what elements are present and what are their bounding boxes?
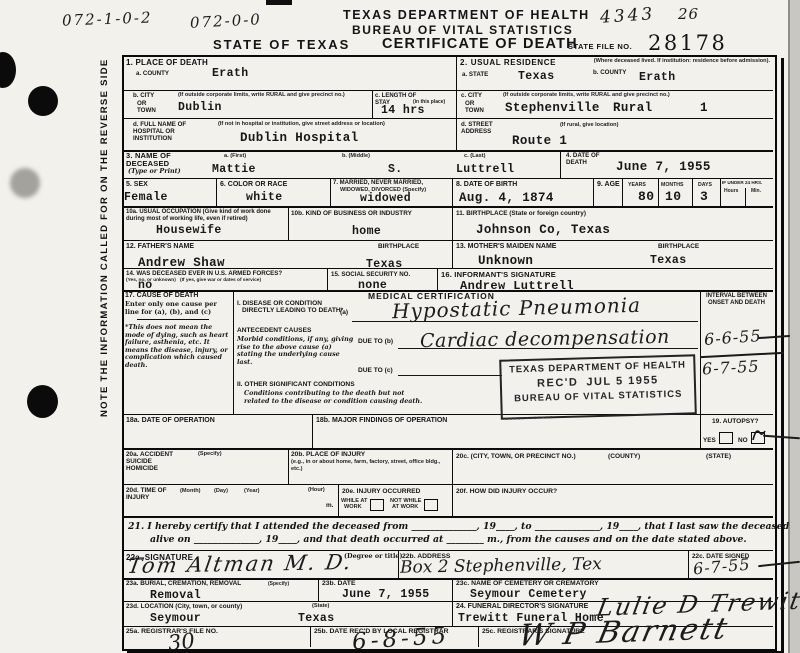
death-certificate-scan: NOTE THE INFORMATION CALLED FOR ON THE R… — [0, 0, 800, 653]
length-of-stay-value: 14 hrs — [381, 104, 425, 117]
scan-mark — [266, 0, 292, 5]
burial-value: Removal — [150, 589, 201, 602]
smudge — [10, 168, 40, 198]
accident-specify-hint: (Specify) — [198, 451, 222, 457]
registrar-file-no-value: 30 — [167, 629, 196, 653]
disease-label-1: I. DISEASE OR CONDITION — [237, 300, 322, 307]
place-of-injury-label: 20b. PLACE OF INJURY — [291, 451, 365, 458]
last-name-value: Luttrell — [456, 163, 514, 176]
residence-precinct-value: 1 — [700, 101, 708, 115]
disease-label-2: DIRECTLY LEADING TO DEATH* — [242, 307, 343, 314]
header-dept: TEXAS DEPARTMENT OF HEALTH — [343, 8, 590, 22]
cause-of-death-label: 17. CAUSE OF DEATH — [125, 292, 198, 299]
not-while-label-2: AT WORK — [392, 504, 418, 510]
race-value: white — [246, 191, 283, 204]
armed-forces-hint-2: (If yes, give war or dates of service) — [180, 278, 261, 283]
first-name-label: a. (First) — [224, 153, 246, 159]
cemetery-value: Seymour Cemetery — [470, 588, 587, 601]
armed-forces-value: no — [138, 279, 153, 292]
age-days-label: DAYS — [698, 182, 712, 188]
father-birthplace-value: Texas — [366, 258, 403, 271]
time-of-injury-label: 20d. TIME OF INJURY — [126, 487, 174, 501]
place-of-injury-hint: (e.g., in or about home, farm, factory, … — [291, 459, 441, 472]
residence-city-label: c. CITY — [461, 92, 482, 99]
city-label: b. CITY — [133, 92, 154, 99]
age-years-label: YEARS — [628, 182, 646, 188]
county-label: a. COUNTY — [136, 70, 169, 77]
while-at-work-label-2: WORK — [344, 504, 362, 510]
hole-punch — [27, 385, 58, 418]
middle-name-label: b. (Middle) — [342, 153, 370, 159]
dob-value: Aug. 4, 1874 — [459, 191, 554, 205]
hospital-hint: (If not in hospital or institution, give… — [218, 121, 385, 127]
handwritten-code-left-1: 072-1-0-2 — [62, 8, 153, 29]
cause-note-1: Enter only one cause per line for (a), (… — [125, 301, 229, 317]
major-findings-label: 18b. MAJOR FINDINGS OF OPERATION — [316, 417, 447, 424]
handwritten-code-right-2: 26 — [678, 5, 699, 23]
how-injury-label: 20f. HOW DID INJURY OCCUR? — [456, 488, 557, 495]
antecedent-note: Morbid conditions, if any, giving rise t… — [237, 336, 355, 366]
age-hours-label: Hours — [724, 188, 738, 194]
injury-year-hint: (Year) — [244, 488, 260, 494]
industry-value: home — [352, 225, 381, 238]
residence-rural-value: Rural — [613, 101, 653, 115]
registrar-signature-value: W P Barnett — [515, 611, 732, 653]
armed-forces-label: 14. WAS DECEASED EVER IN U.S. ARMED FORC… — [126, 270, 282, 277]
while-at-work-checkbox[interactable] — [370, 499, 384, 511]
age-min-label: Min. — [751, 188, 761, 194]
accident-suicide-homicide-label: 20a. ACCIDENT SUICIDE HOMICIDE — [126, 451, 184, 472]
city-hint: (If outside corporate limits, write RURA… — [178, 92, 366, 99]
interval-label-1: INTERVAL BETWEEN — [706, 293, 767, 299]
place-city-value: Dublin — [178, 101, 222, 114]
street-address-hint: (If rural, give location) — [560, 122, 618, 128]
burial-location-city: Seymour — [150, 612, 201, 625]
usual-residence-title: 2. USUAL RESIDENCE — [460, 58, 556, 67]
residence-state-label: a. STATE — [462, 71, 488, 78]
age-days-value: 3 — [700, 189, 708, 204]
age-months-value: 10 — [665, 189, 681, 204]
hole-punch — [28, 86, 58, 116]
race-label: 6. COLOR OR RACE — [220, 181, 287, 188]
date-of-death-value: June 7, 1955 — [616, 160, 711, 174]
type-or-print: (Type or Print) — [128, 168, 181, 176]
state-file-no-value: 28178 — [648, 31, 727, 55]
antecedent-label: ANTECEDENT CAUSES — [237, 327, 311, 334]
residence-state-value: Texas — [518, 70, 555, 83]
burial-location-state: Texas — [298, 612, 335, 625]
due-to-c-label: DUE TO (c) — [358, 367, 393, 374]
cause-b-handwriting: Cardiac decompensation — [420, 326, 670, 352]
cemetery-label: 23c. NAME OF CEMETERY OR CREMATORY — [456, 580, 599, 587]
name-of-deceased-title: 3. NAME OF DECEASED — [126, 152, 196, 168]
autopsy-no-label: NO — [738, 437, 748, 444]
hospital-label: d. FULL NAME OF HOSPITAL OR INSTITUTION — [133, 121, 215, 142]
place-of-death-title: 1. PLACE OF DEATH — [126, 58, 208, 67]
header-title: CERTIFICATE OF DEATH — [382, 36, 578, 52]
hospital-value: Dublin Hospital — [240, 131, 359, 145]
handwritten-code-left-2: 072-0-0 — [190, 10, 263, 32]
date-of-death-label: 4. DATE OF DEATH — [566, 153, 604, 167]
mother-birthplace-label: BIRTHPLACE — [658, 243, 699, 250]
ssn-label: 15. SOCIAL SECURITY NO. — [331, 271, 410, 278]
disease-a-label: (a) — [340, 309, 348, 316]
age-months-label: MONTHS — [661, 182, 683, 188]
marital-label-1: 7. MARRIED, NEVER MARRIED, — [333, 180, 423, 186]
burial-date-value: June 7, 1955 — [342, 588, 430, 601]
or-town-label: OR TOWN — [137, 100, 163, 114]
received-stamp: TEXAS DEPARTMENT OF HEALTH REC'DJUL 5 19… — [499, 354, 697, 419]
last-name-label: c. (Last) — [464, 153, 485, 159]
birthplace-label: 11. BIRTHPLACE (State or foreign country… — [456, 210, 586, 217]
age-label: 9. AGE — [597, 181, 620, 188]
sex-value: Female — [124, 191, 168, 204]
autopsy-yes-checkbox[interactable] — [719, 432, 733, 444]
state-file-no-label: STATE FILE NO. — [568, 42, 632, 51]
mother-birthplace-value: Texas — [650, 254, 687, 267]
cause-note-2: *This does not mean the mode of dying, s… — [125, 324, 230, 370]
other-conditions-note: Conditions contributing to the death but… — [244, 390, 429, 405]
interval-b-handwriting: 6-6-55 — [703, 326, 762, 349]
sex-label: 5. SEX — [126, 181, 148, 188]
due-to-b-label: DUE TO (b) — [358, 338, 393, 345]
dob-label: 8. DATE OF BIRTH — [456, 181, 517, 188]
handwritten-code-right-1: 4343 — [599, 4, 656, 28]
street-address-value: Route 1 — [512, 134, 567, 148]
certify-statement-line-1: 21. I hereby certify that I attended the… — [128, 521, 789, 532]
mother-name-value: Unknown — [478, 254, 533, 268]
residence-county-label: b. COUNTY — [593, 69, 626, 76]
informant-label: 16. INFORMANT'S SIGNATURE — [441, 270, 556, 279]
scan-edge-line — [788, 0, 790, 653]
interval-label-2: ONSET AND DEATH — [708, 300, 765, 306]
stamp-date: JUL 5 1955 — [586, 374, 659, 388]
date-of-operation-label: 18a. DATE OF OPERATION — [126, 417, 215, 424]
age-under24-label: IF UNDER 24 HRS. — [722, 180, 762, 185]
birthplace-value: Johnson Co, Texas — [476, 223, 610, 237]
scan-edge-band — [789, 0, 800, 653]
middle-name-value: S. — [388, 163, 403, 176]
residence-city-hint: (If outside corporate limits, write RURA… — [503, 92, 670, 98]
stamp-recd: REC'D — [537, 377, 579, 390]
burial-specify-hint: (Specify) — [268, 581, 289, 587]
street-address-label: d. STREET ADDRESS — [461, 121, 506, 135]
other-conditions-label: II. OTHER SIGNIFICANT CONDITIONS — [237, 381, 355, 388]
certify-statement-line-2: alive on ______________, 19____, and tha… — [150, 534, 747, 545]
place-county-value: Erath — [212, 67, 249, 80]
header-bureau: BUREAU OF VITAL STATISTICS — [352, 23, 573, 37]
address-handwriting: Box 2 Stephenville, Tex — [400, 554, 602, 578]
burial-location-label: 23d. LOCATION (City, town, or county) — [126, 603, 242, 610]
margin-note: NOTE THE INFORMATION CALLED FOR ON THE R… — [99, 58, 110, 417]
autopsy-yes-label: YES — [703, 437, 716, 444]
residence-city-value: Stephenville — [505, 101, 600, 115]
burial-location-state-hint: (State) — [312, 603, 329, 609]
burial-date-label: 23b. DATE — [322, 580, 356, 587]
father-name-label: 12. FATHER'S NAME — [126, 243, 194, 250]
injury-month-hint: (Month) — [180, 488, 201, 494]
hole-punch — [0, 52, 16, 88]
first-name-value: Mattie — [212, 163, 256, 176]
not-while-checkbox[interactable] — [424, 499, 438, 511]
residence-or-town-label: OR TOWN — [465, 100, 491, 114]
funeral-director-label: 24. FUNERAL DIRECTOR'S SIGNATURE — [456, 603, 588, 610]
injury-hour-hint: (Hour) — [308, 487, 325, 493]
stamp-line-3: BUREAU OF VITAL STATISTICS — [502, 388, 694, 404]
physician-signature-handwriting: Tom Altman M. D. — [126, 550, 355, 578]
residence-county-value: Erath — [639, 71, 676, 84]
age-years-value: 80 — [638, 189, 654, 204]
marital-value: widowed — [360, 192, 411, 205]
injury-city-label: 20c. (CITY, TOWN, OR PRECINCT NO.) — [456, 453, 576, 460]
injury-county-label: (COUNTY) — [608, 453, 640, 460]
mother-name-label: 13. MOTHER'S MAIDEN NAME — [456, 243, 556, 250]
usual-residence-hint: (Where deceased lived. If institution: r… — [588, 58, 770, 65]
burial-label: 23a. BURIAL, CREMATION, REMOVAL — [126, 580, 241, 587]
injury-m-label: m. — [326, 502, 333, 509]
occupation-value: Housewife — [156, 224, 222, 237]
father-birthplace-label: BIRTHPLACE — [378, 243, 419, 250]
father-name-value: Andrew Shaw — [138, 256, 225, 270]
injury-occurred-label: 20e. INJURY OCCURRED — [342, 488, 420, 495]
occupation-label: 10a. USUAL OCCUPATION (Give kind of work… — [126, 209, 284, 223]
header-state-of-texas: STATE OF TEXAS — [213, 37, 350, 52]
industry-label: 10b. KIND OF BUSINESS OR INDUSTRY — [291, 210, 412, 217]
injury-state-label: (STATE) — [706, 453, 731, 460]
injury-day-hint: (Day) — [214, 488, 228, 494]
interval-c-handwriting: 6-7-55 — [702, 357, 760, 379]
